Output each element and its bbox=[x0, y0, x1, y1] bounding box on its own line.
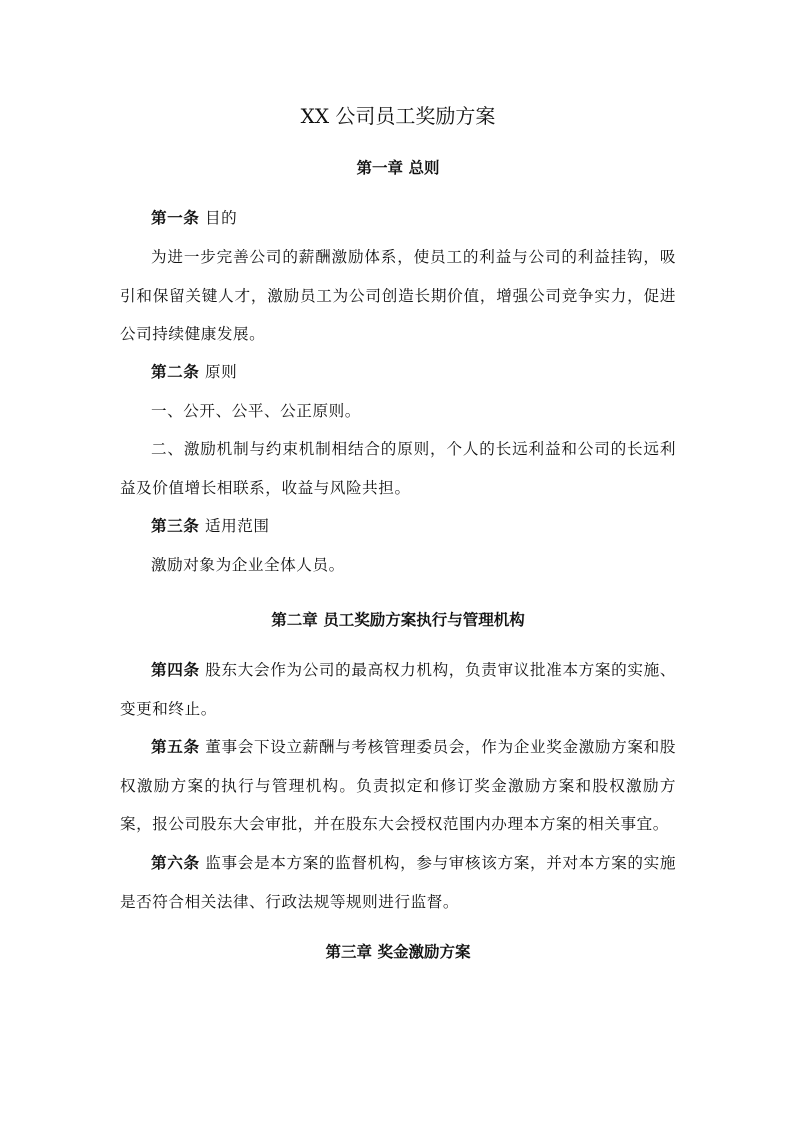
document-title: XX 公司员工奖励方案 bbox=[120, 102, 676, 130]
article-6: 第六条 监事会是本方案的监督机构，参与审核该方案，并对本方案的实施是否符合相关法… bbox=[120, 844, 676, 921]
article-label: 第四条 bbox=[151, 661, 200, 679]
chapter-3-heading: 第三章 奖金激励方案 bbox=[120, 941, 676, 963]
article-label: 第三条 bbox=[151, 517, 199, 535]
article-label: 第六条 bbox=[151, 854, 200, 872]
article-2-item-1: 一、公开、公平、公正原则。 bbox=[120, 392, 676, 431]
article-3-heading: 第三条 适用范围 bbox=[120, 507, 676, 546]
article-label: 第一条 bbox=[151, 209, 199, 227]
article-3-body: 激励对象为企业全体人员。 bbox=[120, 546, 676, 585]
chapter-1-heading: 第一章 总则 bbox=[120, 157, 676, 179]
article-body: 董事会下设立薪酬与考核管理委员会，作为企业奖金激励方案和股权激励方案的执行与管理… bbox=[120, 738, 676, 833]
article-1-body: 为进一步完善公司的薪酬激励体系，使员工的利益与公司的利益挂钩，吸引和保留关键人才… bbox=[120, 238, 676, 354]
article-1-heading: 第一条 目的 bbox=[120, 199, 676, 238]
article-label: 第二条 bbox=[151, 363, 199, 381]
article-label: 第五条 bbox=[151, 738, 200, 756]
article-5: 第五条 董事会下设立薪酬与考核管理委员会，作为企业奖金激励方案和股权激励方案的执… bbox=[120, 728, 676, 844]
article-title: 适用范围 bbox=[199, 517, 269, 535]
article-2-item-2: 二、激励机制与约束机制相结合的原则，个人的长远利益和公司的长远利益及价值增长相联… bbox=[120, 430, 676, 507]
article-title: 原则 bbox=[199, 363, 237, 381]
article-body: 监事会是本方案的监督机构，参与审核该方案，并对本方案的实施是否符合相关法律、行政… bbox=[120, 854, 676, 911]
article-body: 股东大会作为公司的最高权力机构，负责审议批准本方案的实施、变更和终止。 bbox=[120, 661, 676, 718]
article-title: 目的 bbox=[199, 209, 237, 227]
article-4: 第四条 股东大会作为公司的最高权力机构，负责审议批准本方案的实施、变更和终止。 bbox=[120, 651, 676, 728]
article-2-heading: 第二条 原则 bbox=[120, 353, 676, 392]
chapter-2-heading: 第二章 员工奖励方案执行与管理机构 bbox=[120, 609, 676, 631]
